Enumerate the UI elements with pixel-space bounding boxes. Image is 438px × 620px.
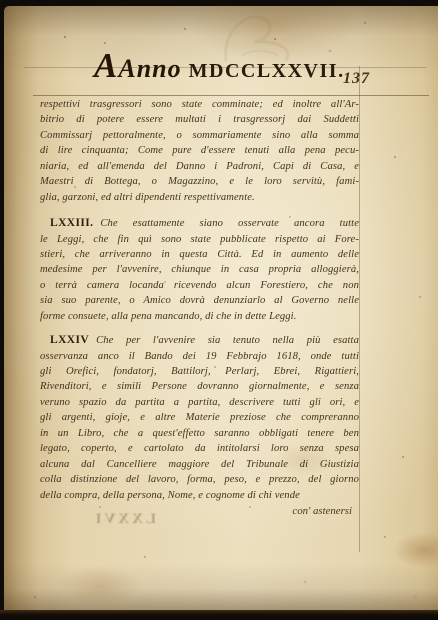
book-edge-shadow: [0, 610, 438, 620]
manuscript-line: forme consuete, alla pena mancando, di c…: [40, 309, 359, 324]
manuscript-line: Commissarj pettoralmente, o sommariament…: [40, 128, 359, 143]
manuscript-line: legato, coperto, e cartolato da intitola…: [40, 441, 359, 456]
paragraph-number-label: LXXIV: [40, 334, 96, 346]
manuscript-line: alcuna dal Cancelliere maggiore del Trib…: [40, 457, 359, 472]
page-number: 137: [343, 70, 370, 88]
manuscript-text-block: respettivi trasgressori sono state commi…: [40, 97, 359, 503]
paragraph-number-label: LXXIII.: [40, 217, 100, 229]
manuscript-line: stieri, che arriveranno in questa Città.…: [40, 247, 359, 262]
paragraph-lxxiii: LXXIII.Che esattamente siano osservate a…: [40, 216, 359, 324]
manuscript-line: in un Libro, che a quest'effetto saranno…: [40, 426, 359, 441]
manuscript-line: LXXIII.Che esattamente siano osservate a…: [40, 216, 359, 231]
manuscript-line: colla distinzione del lavoro, forma, pes…: [40, 472, 359, 487]
page-header: AAnno MDCCLXXVII.: [94, 54, 345, 84]
manuscript-line-text: Che esattamente siano osservate ancora t…: [100, 218, 359, 229]
manuscript-line: bitrio di potere essere multati i trasgr…: [40, 112, 359, 127]
manuscript-line: Rivenditori, e simili Persone dovranno g…: [40, 379, 359, 394]
manuscript-line: medesime per l'avvenire, chiunque in cas…: [40, 262, 359, 277]
anno-word-rest: Anno: [118, 54, 181, 83]
anno-initial-capital: A: [94, 46, 118, 85]
manuscript-line: le Leggi, che fin quì sono state pubblic…: [40, 232, 359, 247]
manuscript-line: LXXIVChe per l'avvenire sia tenuto nella…: [40, 333, 359, 348]
paragraph-continuation: respettivi trasgressori sono state commi…: [40, 97, 359, 205]
ink-bleedthrough-text: LXXVI: [26, 511, 156, 528]
manuscript-line: osservanza anco il Bando dei 19 Febbrajo…: [40, 349, 359, 364]
header-anno-script: AAnno: [94, 54, 182, 84]
margin-rule-line: [359, 66, 360, 552]
manuscript-line: niaria, ed all'emenda del Danno i Padron…: [40, 159, 359, 174]
manuscript-line-text: Che per l'avvenire sia tenuto nella più …: [96, 335, 359, 346]
header-rule-line-bottom: [33, 95, 429, 96]
manuscript-line: sia suo parente, o Amico dovrà denunziar…: [40, 293, 359, 308]
manuscript-line: respettivi trasgressori sono state commi…: [40, 97, 359, 112]
header-year-roman: MDCCLXXVII.: [189, 60, 345, 83]
manuscript-line: di lire cinquanta; Come pure d'essere te…: [40, 143, 359, 158]
manuscript-photo: AAnno MDCCLXXVII. 137 respettivi trasgre…: [0, 0, 438, 620]
manuscript-line: della compra, della persona, Nome, e cog…: [40, 488, 359, 503]
manuscript-line: o terrà camera locanda ricevendo alcun F…: [40, 278, 359, 293]
manuscript-line: Maestri di Bottega, o Magazzino, e le lo…: [40, 174, 359, 189]
manuscript-line: gli Orefici, fondatorj, Battilorj, Perla…: [40, 364, 359, 379]
paragraph-lxxiv: LXXIVChe per l'avvenire sia tenuto nella…: [40, 333, 359, 503]
foxing-specks: [64, 36, 66, 38]
page-surface: AAnno MDCCLXXVII. 137 respettivi trasgre…: [4, 6, 438, 611]
manuscript-line: gli argenti, gioje, e altre Materie prez…: [40, 410, 359, 425]
manuscript-line: veruno spazio da partita a partita, desc…: [40, 395, 359, 410]
manuscript-line: glia, garzoni, ed altri dipendenti respe…: [40, 190, 359, 205]
